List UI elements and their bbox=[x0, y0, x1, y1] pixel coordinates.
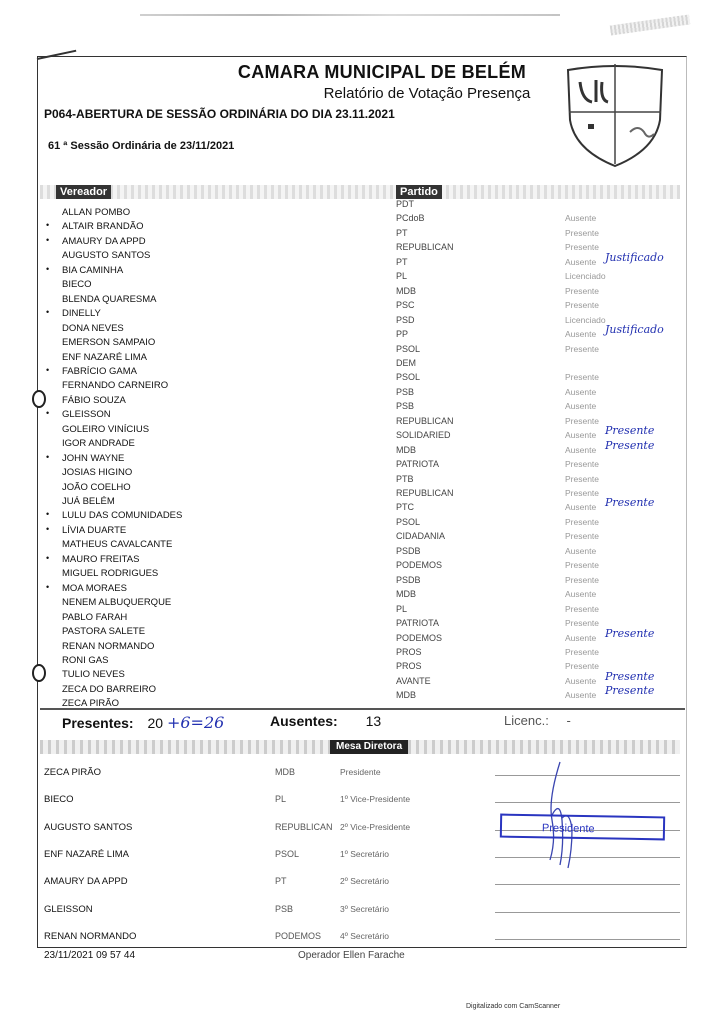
attendance-status: Licenciado bbox=[565, 315, 606, 325]
table-row: NENEM ALBUQUERQUEMDBAusente bbox=[0, 595, 724, 610]
party: MDB bbox=[396, 286, 416, 296]
table-row: •JOHN WAYNEMDBAusentePresente bbox=[0, 451, 724, 466]
party: PDT bbox=[396, 199, 414, 209]
handwritten-note: Presente bbox=[605, 496, 654, 509]
table-row: •AMAURY DA APPDPTPresente bbox=[0, 234, 724, 249]
member-role: 4º Secretário bbox=[340, 931, 389, 941]
member-role: 2º Secretário bbox=[340, 876, 389, 886]
table-row: RENAN NORMANDOPODEMOSAusentePresente bbox=[0, 639, 724, 654]
vereador-name: AUGUSTO SANTOS bbox=[62, 250, 150, 261]
handwritten-note: Justificado bbox=[605, 251, 664, 264]
vereador-name: RONI GAS bbox=[62, 655, 108, 666]
party: MDB bbox=[396, 589, 416, 599]
mesa-member-row: ZECA PIRÃOMDBPresidente bbox=[0, 767, 724, 787]
row-marker: • bbox=[46, 452, 49, 462]
vereador-name: AMAURY DA APPD bbox=[62, 236, 146, 247]
party: PSB bbox=[396, 401, 414, 411]
row-marker: • bbox=[46, 365, 49, 375]
attendance-status: Presente bbox=[565, 228, 599, 238]
party: PSOL bbox=[396, 344, 420, 354]
party: PSDB bbox=[396, 575, 421, 585]
table-row: BLENDA QUARESMAMDBPresente bbox=[0, 292, 724, 307]
vereador-name: MATHEUS CAVALCANTE bbox=[62, 539, 172, 550]
member-name: AUGUSTO SANTOS bbox=[44, 822, 132, 833]
mesa-member-row: ENF NAZARÉ LIMAPSOL1º Secretário bbox=[0, 849, 724, 869]
member-party: MDB bbox=[275, 767, 295, 777]
vereador-name: MAURO FREITAS bbox=[62, 554, 139, 565]
row-marker: • bbox=[46, 220, 49, 230]
presentes-label: Presentes: bbox=[62, 715, 134, 731]
attendance-status: Presente bbox=[565, 488, 599, 498]
member-role: 3º Secretário bbox=[340, 904, 389, 914]
member-party: REPUBLICAN bbox=[275, 822, 333, 832]
party: PL bbox=[396, 271, 407, 281]
vereador-name: DONA NEVES bbox=[62, 323, 124, 334]
vereador-name: ALLAN POMBO bbox=[62, 207, 130, 218]
member-party: PSOL bbox=[275, 849, 299, 859]
member-name: AMAURY DA APPD bbox=[44, 876, 128, 887]
member-name: ENF NAZARÉ LIMA bbox=[44, 849, 129, 860]
signature-line bbox=[495, 939, 680, 940]
vereador-name: PASTORA SALETE bbox=[62, 626, 145, 637]
presentes-handwritten: +6=26 bbox=[167, 713, 224, 732]
party: PSDB bbox=[396, 546, 421, 556]
table-row: •FABRÍCIO GAMADEM bbox=[0, 364, 724, 379]
party: PODEMOS bbox=[396, 560, 442, 570]
vereador-name: JOÃO COELHO bbox=[62, 482, 131, 493]
party: REPUBLICAN bbox=[396, 242, 454, 252]
attendance-status: Ausente bbox=[565, 445, 596, 455]
handwritten-note: Presente bbox=[605, 684, 654, 697]
presentes-value: 20 bbox=[147, 715, 163, 731]
handwritten-note: Justificado bbox=[605, 323, 664, 336]
vereador-name: MOA MORAES bbox=[62, 583, 127, 594]
licenc-value: - bbox=[566, 713, 570, 728]
handwritten-note: Presente bbox=[605, 670, 654, 683]
vereador-name: MIGUEL RODRIGUES bbox=[62, 568, 158, 579]
vereador-name: GOLEIRO VINÍCIUS bbox=[62, 424, 149, 435]
mesa-member-row: RENAN NORMANDOPODEMOS4º Secretário bbox=[0, 931, 724, 951]
party: PATRIOTA bbox=[396, 618, 439, 628]
attendance-status: Presente bbox=[565, 575, 599, 585]
handwritten-note: Presente bbox=[605, 627, 654, 640]
handwritten-note: Presente bbox=[605, 439, 654, 452]
ausentes-value: 13 bbox=[366, 713, 382, 729]
scanner-watermark: Digitalizado com CamScanner bbox=[466, 1003, 560, 1010]
vereador-name: JOSIAS HIGINO bbox=[62, 467, 132, 478]
party: PSOL bbox=[396, 372, 420, 382]
member-name: BIECO bbox=[44, 794, 74, 805]
punch-hole bbox=[32, 390, 46, 408]
attendance-status: Presente bbox=[565, 647, 599, 657]
table-row: MATHEUS CAVALCANTECIDADANIAPresente bbox=[0, 537, 724, 552]
attendance-status: Ausente bbox=[565, 589, 596, 599]
attendance-status: Ausente bbox=[565, 401, 596, 411]
vereador-name: ALTAIR BRANDÃO bbox=[62, 221, 143, 232]
vereador-name: JUÁ BELÉM bbox=[62, 496, 115, 507]
session-label: 61 ª Sessão Ordinária de 23/11/2021 bbox=[48, 140, 234, 152]
divider bbox=[40, 708, 685, 710]
ausentes-total: Ausentes: 13 bbox=[270, 713, 381, 729]
table-row: •MAURO FREITASPSDBAusente bbox=[0, 552, 724, 567]
attendance-status: Ausente bbox=[565, 546, 596, 556]
member-party: PODEMOS bbox=[275, 931, 321, 941]
attendance-status: Presente bbox=[565, 300, 599, 310]
licenc-label: Licenc.: bbox=[504, 713, 549, 728]
attendance-status: Presente bbox=[565, 459, 599, 469]
vereador-name: ENF NAZARÉ LIMA bbox=[62, 352, 147, 363]
table-row: FERNANDO CARNEIROPSOLPresente bbox=[0, 378, 724, 393]
table-row: RONI GASPROSPresente bbox=[0, 653, 724, 668]
column-header-partido: Partido bbox=[396, 185, 442, 199]
row-marker: • bbox=[46, 524, 49, 534]
column-header-vereador: Vereador bbox=[56, 185, 111, 199]
table-row: MIGUEL RODRIGUESPODEMOSPresente bbox=[0, 566, 724, 581]
vereador-name: FERNANDO CARNEIRO bbox=[62, 380, 168, 391]
party: PT bbox=[396, 228, 408, 238]
table-row: BIECOPLLicenciado bbox=[0, 277, 724, 292]
party: PTB bbox=[396, 474, 414, 484]
vereador-name: BIECO bbox=[62, 279, 92, 290]
attendance-status: Ausente bbox=[565, 329, 596, 339]
vereador-name: JOHN WAYNE bbox=[62, 453, 124, 464]
vereador-name: DINELLY bbox=[62, 308, 101, 319]
table-row: •BIA CAMINHAPTAusenteJustificado bbox=[0, 263, 724, 278]
party: PP bbox=[396, 329, 408, 339]
vereador-name: FABRÍCIO GAMA bbox=[62, 366, 137, 377]
ausentes-label: Ausentes: bbox=[270, 713, 338, 729]
table-header-bar bbox=[40, 185, 680, 199]
row-marker: • bbox=[46, 307, 49, 317]
attendance-status: Licenciado bbox=[565, 271, 606, 281]
attendance-status: Presente bbox=[565, 372, 599, 382]
licenciados-total: Licenc.: - bbox=[504, 713, 571, 728]
party: PODEMOS bbox=[396, 633, 442, 643]
document-code: P064-ABERTURA DE SESSÃO ORDINÁRIA DO DIA… bbox=[44, 107, 395, 121]
vereador-name: EMERSON SAMPAIO bbox=[62, 337, 155, 348]
member-party: PL bbox=[275, 794, 286, 804]
party: MDB bbox=[396, 690, 416, 700]
row-marker: • bbox=[46, 582, 49, 592]
member-role: Presidente bbox=[340, 767, 381, 777]
presidente-stamp: Presidente bbox=[500, 814, 665, 841]
row-marker: • bbox=[46, 509, 49, 519]
table-row: •MOA MORAESPSDBPresente bbox=[0, 581, 724, 596]
party: PSOL bbox=[396, 517, 420, 527]
party: DEM bbox=[396, 358, 416, 368]
row-marker: • bbox=[46, 235, 49, 245]
attendance-status: Ausente bbox=[565, 633, 596, 643]
party: PT bbox=[396, 257, 408, 267]
vereador-name: BLENDA QUARESMA bbox=[62, 294, 157, 305]
member-name: RENAN NORMANDO bbox=[44, 931, 136, 942]
vereador-name: TULIO NEVES bbox=[62, 669, 125, 680]
table-row: EMERSON SAMPAIOPPAusenteJustificado bbox=[0, 335, 724, 350]
vereador-name: LÍVIA DUARTE bbox=[62, 525, 126, 536]
vereador-name: BIA CAMINHA bbox=[62, 265, 123, 276]
attendance-status: Ausente bbox=[565, 676, 596, 686]
member-name: GLEISSON bbox=[44, 904, 93, 915]
attendance-status: Presente bbox=[565, 604, 599, 614]
attendance-status: Presente bbox=[565, 661, 599, 671]
attendance-status: Ausente bbox=[565, 430, 596, 440]
party: PSC bbox=[396, 300, 415, 310]
attendance-status: Ausente bbox=[565, 213, 596, 223]
vereador-name: GLEISSON bbox=[62, 409, 111, 420]
vereador-name: PABLO FARAH bbox=[62, 612, 127, 623]
row-marker: • bbox=[46, 264, 49, 274]
coat-of-arms-icon bbox=[560, 60, 670, 170]
attendance-status: Ausente bbox=[565, 257, 596, 267]
party: REPUBLICAN bbox=[396, 416, 454, 426]
party: PATRIOTA bbox=[396, 459, 439, 469]
table-row: FÁBIO SOUZAPSBAusente bbox=[0, 393, 724, 408]
party: PSD bbox=[396, 315, 415, 325]
member-role: 2º Vice-Presidente bbox=[340, 822, 410, 832]
table-row: •LÍVIA DUARTEPSOLPresente bbox=[0, 523, 724, 538]
handwritten-note: Presente bbox=[605, 424, 654, 437]
vereador-name: IGOR ANDRADE bbox=[62, 438, 135, 449]
member-role: 1º Secretário bbox=[340, 849, 389, 859]
signature-line bbox=[495, 912, 680, 913]
mesa-member-row: BIECOPL1º Vice-Presidente bbox=[0, 794, 724, 814]
table-row: PABLO FARAHPLPresente bbox=[0, 610, 724, 625]
party: PCdoB bbox=[396, 213, 425, 223]
party: PSB bbox=[396, 387, 414, 397]
table-row: ENF NAZARÉ LIMAPSOLPresente bbox=[0, 350, 724, 365]
member-party: PT bbox=[275, 876, 287, 886]
table-row: •ALTAIR BRANDÃOPCdoBAusente bbox=[0, 219, 724, 234]
table-row: JOÃO COELHOPTBPresente bbox=[0, 480, 724, 495]
mesa-member-row: AMAURY DA APPDPT2º Secretário bbox=[0, 876, 724, 896]
member-party: PSB bbox=[275, 904, 293, 914]
punch-hole bbox=[32, 664, 46, 682]
vereador-name: NENEM ALBUQUERQUE bbox=[62, 597, 171, 608]
table-row: ALLAN POMBOPDT bbox=[0, 205, 724, 220]
operator-label: Operador Ellen Farache bbox=[298, 950, 405, 961]
attendance-status: Presente bbox=[565, 618, 599, 628]
party: AVANTE bbox=[396, 676, 431, 686]
attendance-status: Presente bbox=[565, 242, 599, 252]
party: PROS bbox=[396, 661, 422, 671]
vereador-name: RENAN NORMANDO bbox=[62, 641, 154, 652]
party: CIDADANIA bbox=[396, 531, 445, 541]
table-row: •LULU DAS COMUNIDADESPTCAusentePresente bbox=[0, 508, 724, 523]
row-marker: • bbox=[46, 553, 49, 563]
attendance-status: Ausente bbox=[565, 502, 596, 512]
mesa-member-row: GLEISSONPSB3º Secretário bbox=[0, 904, 724, 924]
print-timestamp: 23/11/2021 09 57 44 bbox=[44, 950, 135, 961]
attendance-status: Ausente bbox=[565, 387, 596, 397]
table-row: •DINELLYPSCPresente bbox=[0, 306, 724, 321]
party: PL bbox=[396, 604, 407, 614]
signature-line bbox=[495, 884, 680, 885]
table-row: JOSIAS HIGINOPATRIOTAPresente bbox=[0, 465, 724, 480]
party: MDB bbox=[396, 445, 416, 455]
table-row: •GLEISSONPSBAusente bbox=[0, 407, 724, 422]
mesa-diretora-title: Mesa Diretora bbox=[330, 740, 408, 754]
attendance-status: Presente bbox=[565, 416, 599, 426]
attendance-status: Presente bbox=[565, 560, 599, 570]
attendance-status: Presente bbox=[565, 531, 599, 541]
attendance-status: Presente bbox=[565, 286, 599, 296]
scan-artifact bbox=[610, 14, 691, 35]
presentes-total: Presentes: 20 +6=26 bbox=[62, 713, 224, 732]
row-marker: • bbox=[46, 408, 49, 418]
member-role: 1º Vice-Presidente bbox=[340, 794, 410, 804]
attendance-status: Presente bbox=[565, 474, 599, 484]
attendance-status: Presente bbox=[565, 517, 599, 527]
member-name: ZECA PIRÃO bbox=[44, 767, 101, 778]
party: REPUBLICAN bbox=[396, 488, 454, 498]
party: PTC bbox=[396, 502, 414, 512]
vereador-name: LULU DAS COMUNIDADES bbox=[62, 510, 182, 521]
vereador-name: FÁBIO SOUZA bbox=[62, 395, 126, 406]
scan-artifact bbox=[140, 14, 560, 16]
attendance-status: Ausente bbox=[565, 690, 596, 700]
vereador-name: ZECA DO BARREIRO bbox=[62, 684, 156, 695]
party: SOLIDARIED bbox=[396, 430, 451, 440]
attendance-status: Presente bbox=[565, 344, 599, 354]
party: PROS bbox=[396, 647, 422, 657]
